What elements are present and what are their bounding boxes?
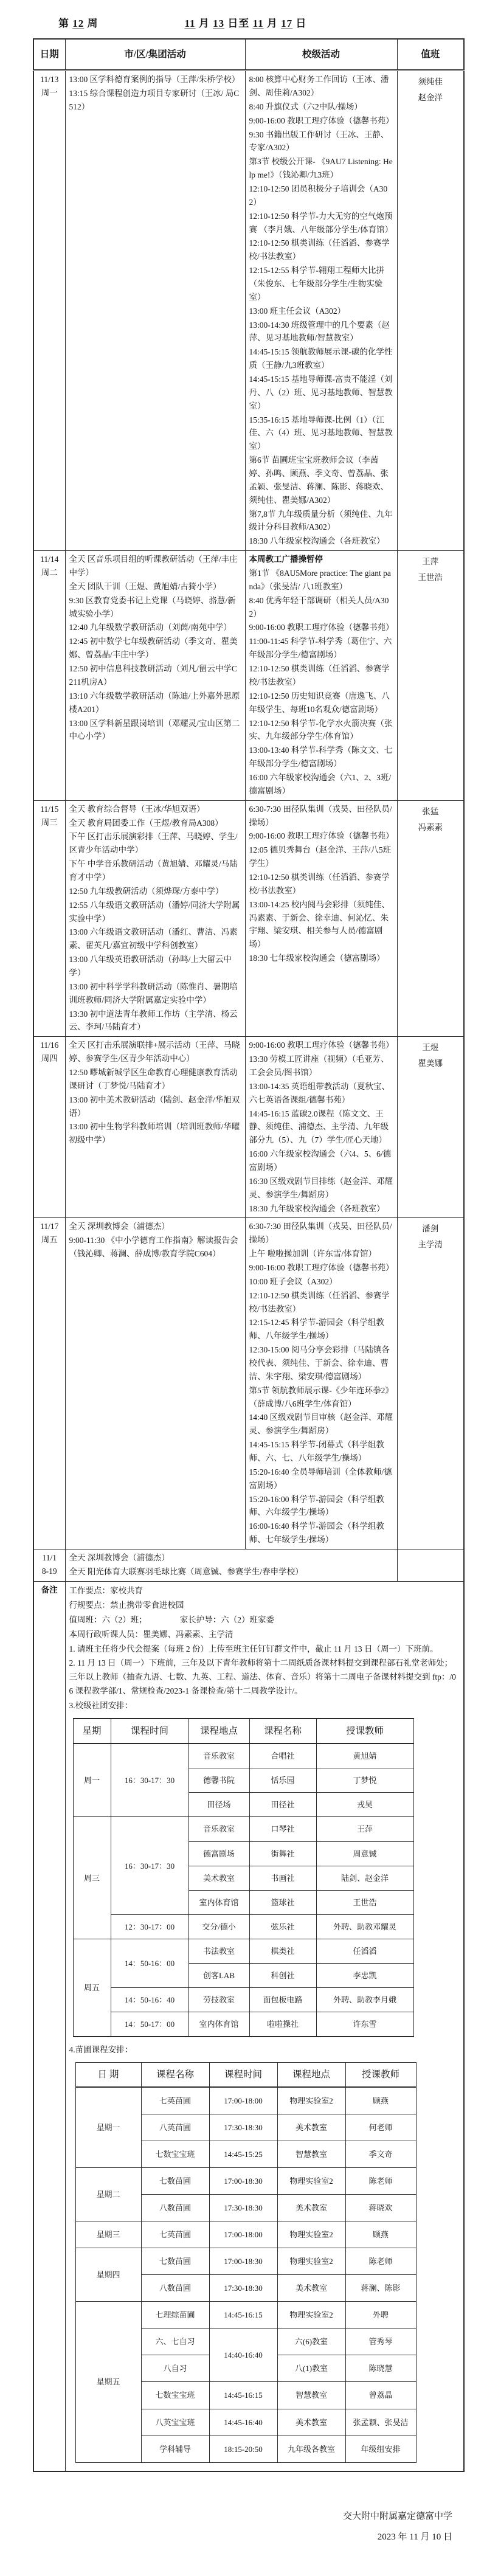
- activity-line: 12:10-12:50 科学节-力大无穷的空气炮预赛 （李月娥、八年级部分学生/…: [249, 210, 393, 237]
- activity-line: 12:05 德贝秀舞台（赵金洋、王萍/八5班学生）: [249, 843, 393, 870]
- activity-line: 13:10 六年级数学教研活动（陈迪/上外嘉外思原楼A201）: [69, 690, 241, 716]
- date-value: 11/13: [38, 73, 61, 86]
- text-part: 月: [196, 18, 213, 29]
- miaopu-time-cell: 17:00-18:00: [209, 2087, 277, 2114]
- club-name-cell: 科创社: [249, 1963, 316, 1987]
- miaopu-teacher-cell: 陈老师: [345, 2168, 416, 2195]
- activity-line: 全天 阳光体育大联赛羽毛球比赛（周意铖、参赛学生/春申学校）: [69, 1565, 393, 1579]
- activity-line: 第6节 苗圃班宝宝班教师会议（李茜婷、孙鸣、顾燕、季文奇、曾荔晶、张孟颖、张旻洁…: [249, 454, 393, 507]
- notes-cell: 工作要点：家校共育行规要点：禁止携带零食进校园值周班：六（2）班； 家长护导：六…: [65, 1581, 464, 2471]
- miaopu-time-cell: 17:30-18:30: [209, 2114, 277, 2141]
- merged-activities-cell: 全天 深圳教博会（浦德杰）全天 阳光体育大联赛羽毛球比赛（周意铖、参赛学生/春申…: [65, 1549, 397, 1582]
- activity-line: 12:10-12:50 棋类训练（任滔滔、参赛学校/书法教室）: [249, 871, 393, 898]
- activity-line: 13:00 八年级英语教研活动（孙鸣/上大留云中学）: [69, 953, 241, 980]
- duty-name: 冯素素: [401, 821, 460, 834]
- club-name-cell: 田径社: [249, 1793, 316, 1817]
- activity-line: 9:00-11:30 《中小学德育工作指南》解读报告会（钱沁卿、蒋澜、薛成博/教…: [69, 1234, 241, 1261]
- school-activities-cell: 9:00-16:00 教职工理疗体验（德馨书苑）13:30 劳模工匠讲座（视频）…: [245, 1037, 397, 1218]
- duty-name: 王萍: [401, 555, 460, 569]
- activity-line: 下午 区打击乐展演彩排（王萍、马晓婷、学生/区青少年活动中学）: [69, 830, 241, 857]
- club-row: 周三16：30-17：30音乐教室口琴社王萍: [73, 1817, 413, 1841]
- miaopu-row: 星期一七英苗圃17:00-18:00物理实验室2顾燕: [75, 2087, 416, 2114]
- miaopu-place-cell: 八(1)教室: [277, 2355, 345, 2382]
- activity-line: 14:45-15:15 基地导师课-富贵不能淫（刘丹、八（2）班、见习基地教师、…: [249, 373, 393, 413]
- activity-line: 14:45-16:15 蓝碳2.0课程（陈文文、王静、须纯佳、浦德杰、主学清、九…: [249, 1107, 393, 1148]
- schedule-row: 11/13周一13:00 区学科德育案例的指导（王萍/朱桥学校）13:15 综合…: [33, 71, 464, 551]
- miaopu-teacher-cell: 管秀琴: [345, 2328, 416, 2355]
- miaopu-table: 日 期 课程名称 课程时间 课程地点 授课教师 星期一七英苗圃17:00-18:…: [75, 2062, 417, 2463]
- activity-line: 12:40 九年级数学教研活动（刘茵/南苑中学）: [69, 621, 241, 634]
- activity-line: 13:00 班主任会议（A302）: [249, 305, 393, 318]
- miaopu-name-cell: 八数苗圃: [141, 2275, 209, 2302]
- club-teacher-cell: 王世浩: [316, 1890, 413, 1914]
- miaopu-teacher-cell: 何老师: [345, 2114, 416, 2141]
- text-part: 周: [84, 18, 98, 29]
- date-cell: 11/13周一: [33, 71, 65, 551]
- clubs-col-place: 课程地点: [188, 1719, 249, 1743]
- activity-line: 全天 深圳教博会（浦德杰）: [69, 1220, 241, 1233]
- club-name-cell: 合唱社: [249, 1743, 316, 1768]
- miaopu-place-cell: 美术教室: [277, 2409, 345, 2436]
- clubs-col-time: 课程时间: [111, 1719, 188, 1743]
- club-time-cell: 12：30-17：00: [111, 1914, 188, 1939]
- duty-name: 主学清: [401, 1238, 460, 1252]
- activity-line: 9:00-16:00 教职工理疗体验（德馨书苑）: [249, 114, 393, 128]
- miaopu-col-name: 课程名称: [141, 2062, 209, 2087]
- club-place-cell: 美术教室: [188, 1866, 249, 1890]
- club-row: 12：30-17：00交分/德小弦乐社外聘、助教邓耀灵: [73, 1914, 413, 1939]
- club-row: 周一16：30-17：30音乐教室合唱社黄旭婧: [73, 1743, 413, 1768]
- miaopu-time-cell: 14:45-16:40: [209, 2409, 277, 2436]
- weekday-value: 周五: [38, 1233, 61, 1247]
- table-header: 日期 市/区/集团活动 校级活动 值班: [33, 39, 464, 71]
- text-part: 第: [58, 18, 72, 29]
- miaopu-teacher-cell: 陈晓慧: [345, 2355, 416, 2382]
- miaopu-teacher-cell: 曾荔晶: [345, 2382, 416, 2409]
- miaopu-teacher-cell: 顾燕: [345, 2087, 416, 2114]
- club-name-cell: 街舞社: [249, 1841, 316, 1866]
- notes-row: 备注 工作要点：家校共育行规要点：禁止携带零食进校园值周班：六（2）班； 家长护…: [33, 1581, 464, 2471]
- club-teacher-cell: 许东雪: [316, 2012, 413, 2037]
- date-cell: 11/17周五: [33, 1218, 65, 1549]
- club-name-cell: 篮球社: [249, 1890, 316, 1914]
- activity-line: 13:15 综合课程创造力项目专家研讨（王冰/ 局C512）: [69, 87, 241, 114]
- date-value: 11/16: [38, 1039, 61, 1052]
- miaopu-col-time: 课程时间: [209, 2062, 277, 2087]
- miaopu-name-cell: 七英苗圃: [141, 2087, 209, 2114]
- duty-cell: 王煜瞿美娜: [397, 1037, 464, 1218]
- note-line: 本周行政听课人员：瞿美娜、冯素素、主学清: [69, 1628, 460, 1642]
- col-header-district: 市/区/集团活动: [65, 39, 245, 71]
- activity-line: 第3节 校级公开课- 《9AU7 Listening: Help me!》（钱沁…: [249, 155, 393, 182]
- activity-line: 上午 啦啦操加训（许东雪/体育馆）: [249, 1247, 393, 1261]
- duty-cell: 张猛冯素素: [397, 800, 464, 1037]
- club-day-cell: 周一: [73, 1743, 111, 1817]
- activity-line: 13:00-14:35 英语组带教活动（夏秋宝、六七英语备课组/德馨书苑）: [249, 1080, 393, 1107]
- district-activities-cell: 13:00 区学科德育案例的指导（王萍/朱桥学校）13:15 综合课程创造力项目…: [65, 71, 245, 551]
- club-place-cell: 德富剧场: [188, 1841, 249, 1866]
- activity-line: 16:30 区级戏剧节目排练（赵金洋、邓耀灵、参演学生/舞蹈房）: [249, 1175, 393, 1202]
- date-range: 11 月 13 日至 11 月 17 日: [185, 15, 307, 30]
- activity-line: 13:00 六年级语文教研活动（潘红、曹洁、冯素素、翟英凡/嘉宜初级中学科创教室…: [69, 926, 241, 952]
- activity-line: 全天 教育局团委工作（王煜/教育局A308）: [69, 817, 241, 830]
- school-activities-cell: 6:30-7:30 田径队集训（戎昊、田径队员/操场）9:00-16:00 教职…: [245, 800, 397, 1037]
- miaopu-time-cell: 14:45-16:15: [209, 2382, 277, 2409]
- club-place-cell: 书法教室: [188, 1939, 249, 1963]
- club-place-cell: 音乐教室: [188, 1817, 249, 1841]
- miaopu-day-cell: 星期二: [75, 2168, 141, 2221]
- miaopu-row: 星期五七理综苗圃14:45-16:15物理实验室2外聘: [75, 2302, 416, 2328]
- miaopu-teacher-cell: 年级组安排: [345, 2436, 416, 2462]
- activity-line: 14:40 区级戏剧节目审核（赵金洋、邓耀灵、参演学生/舞蹈房）: [249, 1411, 393, 1438]
- activity-line: 8:40 升旗仪式（六2中队/操场）: [249, 100, 393, 114]
- miaopu-place-cell: 物理实验室2: [277, 2221, 345, 2248]
- activity-line: 12:45 初中数学七年级教研活动（季文奇、瞿美娜、曾荔晶/丰庄中学）: [69, 635, 241, 662]
- activity-line: 12:15-12:45 科学节-游园会（科学组教师、八年级学生/操场）: [249, 1316, 393, 1343]
- district-activities-cell: 全天 教育综合督导（王冰/华旭双语）全天 教育局团委工作（王煜/教育局A308）…: [65, 800, 245, 1037]
- activity-line: 12:50 九年级教研活动（须烨琛/方泰中学）: [69, 885, 241, 898]
- district-activities-cell: 全天 深圳教博会（浦德杰）9:00-11:30 《中小学德育工作指南》解读报告会…: [65, 1218, 245, 1549]
- underlined-number: 12: [72, 18, 84, 29]
- activity-line: 13:00-13:40 科学节-科学秀（陈文文、七年级部分学生/德富剧场）: [249, 744, 393, 770]
- activity-line: 16:00 六年级家校沟通会（六1、2、3班/德富剧场）: [249, 771, 393, 798]
- school-activities-cell: 6:30-7:30 田径队集训（戎昊、田径队员/操场）上午 啦啦操加训（许东雪/…: [245, 1218, 397, 1549]
- club-time-cell: 16：30-17：30: [111, 1817, 188, 1914]
- activity-line: 6:30-7:30 田径队集训（戎昊、田径队员/操场）: [249, 803, 393, 829]
- club-teacher-cell: 外聘、助教李月娥: [316, 1987, 413, 2012]
- note-line: 3.校级社团安排：: [69, 1699, 460, 1713]
- activity-line: 16:00 六年级家校沟通会（六4、5、6/德富剧场）: [249, 1148, 393, 1174]
- clubs-table: 星期 课程时间 课程地点 课程名称 授课教师 周一16：30-17：30音乐教室…: [73, 1718, 414, 2037]
- schedule-row: 11/18-19全天 深圳教博会（浦德杰）全天 阳光体育大联赛羽毛球比赛（周意铖…: [33, 1549, 464, 1582]
- miaopu-name-cell: 七英苗圃: [141, 2221, 209, 2248]
- miaopu-name-cell: 八英宝宝班: [141, 2409, 209, 2436]
- activity-line: 8:40 优秀年轻干部调研（相关人员/A302）: [249, 594, 393, 621]
- club-name-cell: 恬乐园: [249, 1768, 316, 1793]
- club-day-cell: 周三: [73, 1817, 111, 1939]
- miaopu-day-cell: 星期一: [75, 2087, 141, 2168]
- page-header: 第 12 周 11 月 13 日至 11 月 17 日: [33, 15, 463, 30]
- club-teacher-cell: 丁梦悦: [316, 1768, 413, 1793]
- miaopu-label: 4.苗圃课程安排：: [69, 2043, 460, 2057]
- schedule-row: 11/15周三全天 教育综合督导（王冰/华旭双语）全天 教育局团委工作（王煜/教…: [33, 800, 464, 1037]
- duty-cell: 须纯佳赵金洋: [397, 71, 464, 551]
- miaopu-name-cell: 七数苗圃: [141, 2248, 209, 2275]
- activity-line: 全天 区打击乐展演联排+展示活动（王萍、马晓婷、参赛学生/区青少年活动中心）: [69, 1039, 241, 1065]
- activity-line: 13:00-14:25 校内阅马会彩排（须纯佳、冯素素、于新会、徐幸迪、何沁忆、…: [249, 898, 393, 951]
- activity-line: 18:30 七年级家校沟通会（德富剧场）: [249, 952, 393, 965]
- miaopu-row: 星期三七英苗圃17:00-18:00物理实验室2顾燕: [75, 2221, 416, 2248]
- miaopu-teacher-cell: 蒋澜、陈影: [345, 2275, 416, 2302]
- issue-date: 2023 年 11 月 10 日: [33, 2527, 452, 2548]
- club-name-cell: 书画社: [249, 1866, 316, 1890]
- miaopu-row: 星期四七数苗圃17:00-18:30物理实验室2陈老师: [75, 2248, 416, 2275]
- miaopu-col-teacher: 授课教师: [345, 2062, 416, 2087]
- miaopu-day-cell: 星期五: [75, 2302, 141, 2462]
- activity-line: 9:30 区教育党委书记上党课（马晓婷、骆慧/新城实验小学）: [69, 594, 241, 621]
- weekday-value: 周四: [38, 1052, 61, 1065]
- activity-line: 全天 教育综合督导（王冰/华旭双语）: [69, 803, 241, 816]
- activity-line: 8:00 核算中心财务工作回访（王冰、潘剑、周佳莉/A302）: [249, 73, 393, 100]
- club-teacher-cell: 黄旭婧: [316, 1743, 413, 1768]
- miaopu-time-cell: 17:30-18:30: [209, 2195, 277, 2221]
- activity-line: 18:30 八年级家校沟通会（各班教室）: [249, 535, 393, 548]
- miaopu-time-cell: 17:00-18:00: [209, 2221, 277, 2248]
- club-name-cell: 面包板电路: [249, 1987, 316, 2012]
- date-value: 11/1: [38, 1551, 61, 1565]
- miaopu-place-cell: 物理实验室2: [277, 2087, 345, 2114]
- activity-line: 第5节 领航教师展示课-《少年连环拳2》（薛成博/八6班学生/体育馆）: [249, 1384, 393, 1411]
- note-line: 行规要点：禁止携带零食进校园: [69, 1599, 460, 1613]
- activity-line: 13:30 劳模工匠讲座（视频）（毛亚芳、工会会员/图书馆）: [249, 1053, 393, 1079]
- club-place-cell: 室内体育馆: [188, 2012, 249, 2037]
- date-cell: 11/16周四: [33, 1037, 65, 1218]
- activity-line: 16:00-16:40 科学节-游园会（科学组教师、七年级学生/操场）: [249, 1520, 393, 1546]
- activity-line: 14:45-15:15 领航教师展示课-碳的化学性质（王静/九3班教室）: [249, 345, 393, 372]
- text-part: 日至: [224, 18, 253, 29]
- notes-lines: 工作要点：家校共育行规要点：禁止携带零食进校园值周班：六（2）班； 家长护导：六…: [69, 1584, 460, 1713]
- week-title: 第 12 周: [58, 15, 99, 30]
- activity-line: 全天 团队干训（王煜、黄旭婧/古猗小学）: [69, 580, 241, 594]
- club-place-cell: 室内体育馆: [188, 1890, 249, 1914]
- underlined-number: 11: [185, 18, 196, 29]
- activity-line: 15:20-16:00 科学节-游园会（科学组教师、六年级学生/操场）: [249, 1493, 393, 1520]
- club-teacher-cell: 陆剑、赵金洋: [316, 1866, 413, 1890]
- activity-line: 18:30 九年级家校沟通会（各班教室）: [249, 1202, 393, 1216]
- activity-line: 9:00-16:00 教职工理疗体验（德馨书苑）: [249, 1039, 393, 1052]
- activity-line: 9:00-16:00 教职工理疗体验（德馨书苑）: [249, 1261, 393, 1275]
- page-footer: 交大附中附属嘉定德富中学 2023 年 11 月 10 日: [33, 2506, 463, 2548]
- miaopu-row: 星期二七数苗圃17:00-18:30物理实验室2陈老师: [75, 2168, 416, 2195]
- club-name-cell: 口琴社: [249, 1817, 316, 1841]
- miaopu-place-cell: 智慧教室: [277, 2141, 345, 2168]
- schedule-row: 11/14周二全天 区音乐项目组的听课教研活动（王萍/丰庄中学）全天 团队干训（…: [33, 551, 464, 800]
- miaopu-place-cell: 美术教室: [277, 2275, 345, 2302]
- school-activities-cell: 本周教工广播操暂停第1节 《8AU5More practice: The gia…: [245, 551, 397, 800]
- club-place-cell: 劳技教室: [188, 1987, 249, 2012]
- activity-line: 12:30-15:00 阅马分享会彩排（马陆镇各校代表、须纯佳、于新会、徐幸迪、…: [249, 1343, 393, 1383]
- clubs-col-name: 课程名称: [249, 1719, 316, 1743]
- clubs-col-teacher: 授课教师: [316, 1719, 413, 1743]
- club-teacher-cell: 王萍: [316, 1817, 413, 1841]
- activity-line: 15:35-16:15 基地导师课-比例（1）（江佳、六（4）班、见习基地教师、…: [249, 414, 393, 454]
- activity-line: 全天 深圳教博会（浦德杰）: [69, 1551, 393, 1565]
- miaopu-name-cell: 学科辅导: [141, 2436, 209, 2462]
- miaopu-time-cell: 14:40-16:40: [209, 2328, 277, 2382]
- text-part: 日: [292, 18, 306, 29]
- club-teacher-cell: 任滔滔: [316, 1939, 413, 1963]
- club-place-cell: 田径场: [188, 1793, 249, 1817]
- activity-line: 12:10-12:50 棋类训练（任滔滔、参赛学校/书法教室）: [249, 1289, 393, 1316]
- date-cell: 11/15周三: [33, 800, 65, 1037]
- activity-line: 12:10-12:50 科学节-化学水火箭决赛（张实、九年级部分学生/体育馆）: [249, 717, 393, 744]
- activity-line: 10:00 班子会议（A302）: [249, 1275, 393, 1289]
- col-header-date: 日期: [33, 39, 65, 71]
- club-day-cell: 周五: [73, 1939, 111, 2037]
- weekday-value: 周三: [38, 816, 61, 829]
- duty-name: 赵金洋: [401, 91, 460, 105]
- date-value: 11/14: [38, 553, 61, 566]
- activity-line: 13:00 区学科新星跟岗培训（邓耀灵/宝山区第二中心小学）: [69, 717, 241, 744]
- miaopu-place-cell: 物理实验室2: [277, 2302, 345, 2328]
- activity-line-bold: 本周教工广播操暂停: [249, 555, 323, 564]
- club-place-cell: 创客LAB: [188, 1963, 249, 1987]
- activity-line: 13:00-14:30 班级管理中的几个要素（赵萍、见习基地教师/智慧教室）: [249, 319, 393, 345]
- club-row: 14：50-16：40劳技教室面包板电路外聘、助教李月娥: [73, 1987, 413, 2012]
- miaopu-time-cell: 14:45-15:25: [209, 2141, 277, 2168]
- schedule-row: 11/17周五全天 深圳教博会（浦德杰）9:00-11:30 《中小学德育工作指…: [33, 1218, 464, 1549]
- school-name: 交大附中附属嘉定德富中学: [33, 2506, 452, 2527]
- miaopu-teacher-cell: 外聘: [345, 2302, 416, 2328]
- text-part: 月: [264, 18, 282, 29]
- club-row: 周五14：50-16：00书法教室棋类社任滔滔: [73, 1939, 413, 1963]
- miaopu-place-cell: 九年级各教室: [277, 2436, 345, 2462]
- activity-line: 下午 中学音乐教研活动（黄旭婧、邓耀灵/马陆育才中学）: [69, 857, 241, 884]
- miaopu-place-cell: 美术教室: [277, 2114, 345, 2141]
- date-value: 11/17: [38, 1220, 61, 1233]
- club-time-cell: 14：50-16：40: [111, 1987, 188, 2012]
- miaopu-name-cell: 六、七自习: [141, 2328, 209, 2355]
- miaopu-teacher-cell: 陈老师: [345, 2248, 416, 2275]
- duty-cell: [397, 1549, 464, 1582]
- miaopu-name-cell: 七数宝宝班: [141, 2382, 209, 2409]
- activity-line: 13:00 初中科学学科教研活动（陈惟肖、暑期培训班教师/同济大学附属嘉定实验中…: [69, 980, 241, 1007]
- activity-line: 12:10-12:50 棋类训练（任滔滔、参赛学校/书法教室）: [249, 237, 393, 263]
- activity-line: 13:00 初中生物学科教师培训（培训班教师/华曜初级中学）: [69, 1120, 241, 1147]
- club-teacher-cell: 周意铖: [316, 1841, 413, 1866]
- duty-name: 张猛: [401, 805, 460, 819]
- activity-line: 9:00-16:00 教职工理疗体验（德馨书苑）: [249, 621, 393, 634]
- col-header-duty: 值班: [397, 39, 464, 71]
- note-line: 2. 11 月 13 日（周一）下班前，三年及以下青年教师将第十二周纸质备课材料…: [69, 1657, 460, 1698]
- activity-line: 第7,8节 九年级质量分析（须纯佳、九年级计分科目教师/A302）: [249, 508, 393, 535]
- underlined-number: 17: [281, 18, 292, 29]
- duty-cell: 潘剑主学清: [397, 1218, 464, 1549]
- activity-line: 9:00-16:00 教职工理疗体验（德馨书苑）: [249, 829, 393, 843]
- activity-line: 12:55 八年级语文教研活动（潘婷/同济大学附属实验中学）: [69, 899, 241, 926]
- district-activities-cell: 全天 区打击乐展演联排+展示活动（王萍、马晓婷、参赛学生/区青少年活动中心）12…: [65, 1037, 245, 1218]
- duty-cell: 王萍王世浩: [397, 551, 464, 800]
- activity-line: 本周教工广播操暂停: [249, 553, 393, 566]
- miaopu-day-cell: 星期三: [75, 2221, 141, 2248]
- club-teacher-cell: 戎昊: [316, 1793, 413, 1817]
- activity-line: 13:00 区学科德育案例的指导（王萍/朱桥学校）: [69, 73, 241, 86]
- miaopu-time-cell: 17:30-18:30: [209, 2275, 277, 2302]
- duty-name: 王煜: [401, 1041, 460, 1054]
- schedule-body: 11/13周一13:00 区学科德育案例的指导（王萍/朱桥学校）13:15 综合…: [33, 71, 464, 2471]
- miaopu-time-cell: 17:00-18:30: [209, 2168, 277, 2195]
- miaopu-teacher-cell: 张孟颖、张旻洁: [345, 2409, 416, 2436]
- miaopu-place-cell: 物理实验室2: [277, 2248, 345, 2275]
- club-name-cell: 啦啦操社: [249, 2012, 316, 2037]
- schedule-page: 第 12 周 11 月 13 日至 11 月 17 日 日期 市/区/集团活动 …: [0, 0, 484, 2576]
- miaopu-col-date: 日 期: [75, 2062, 141, 2087]
- duty-name: 王世浩: [401, 571, 460, 584]
- club-time-cell: 14：50-17：00: [111, 2012, 188, 2037]
- weekday-value: 周一: [38, 86, 61, 100]
- clubs-col-day: 星期: [73, 1719, 111, 1743]
- weekly-schedule-table: 日期 市/区/集团活动 校级活动 值班 11/13周一13:00 区学科德育案例…: [33, 38, 465, 2472]
- school-activities-cell: 8:00 核算中心财务工作回访（王冰、潘剑、周佳莉/A302）8:40 升旗仪式…: [245, 71, 397, 551]
- miaopu-place-cell: 物理实验室2: [277, 2168, 345, 2195]
- date-cell: 11/18-19: [33, 1549, 65, 1582]
- activity-line: 12:50 疁城新城学区生命教育心理健康教育活动课研讨（丁梦悦/马陆育才）: [69, 1066, 241, 1093]
- date-cell: 11/14周二: [33, 551, 65, 800]
- miaopu-name-cell: 七理综苗圃: [141, 2302, 209, 2328]
- activity-line: 13:00 初中美术教研活动（陆剑、赵金洋/华旭双语）: [69, 1093, 241, 1120]
- date-value: 11/15: [38, 803, 61, 816]
- club-row: 14：50-17：00室内体育馆啦啦操社许东雪: [73, 2012, 413, 2037]
- activity-line: 11:00-11:45 科学节-科学秀（葛佳宁、六年级部分学生/德富剧场）: [249, 635, 393, 662]
- miaopu-name-cell: 八自习: [141, 2355, 209, 2382]
- activity-line: 12:10-12:50 棋类训练（任滔滔、参赛学校/书法教室）: [249, 662, 393, 689]
- duty-name: 潘剑: [401, 1222, 460, 1236]
- miaopu-name-cell: 八英苗圃: [141, 2114, 209, 2141]
- notes-label: 备注: [33, 1581, 65, 2471]
- miaopu-name-cell: 七数宝宝班: [141, 2141, 209, 2168]
- miaopu-time-cell: 18:15-20:50: [209, 2436, 277, 2462]
- club-teacher-cell: 外聘、助教邓耀灵: [316, 1914, 413, 1939]
- activity-line: 全天 区音乐项目组的听课教研活动（王萍/丰庄中学）: [69, 553, 241, 580]
- weekday-value: 周二: [38, 566, 61, 580]
- club-place-cell: 德馨书院: [188, 1768, 249, 1793]
- club-time-cell: 16：30-17：30: [111, 1743, 188, 1817]
- miaopu-name-cell: 七数苗圃: [141, 2168, 209, 2195]
- activity-line: 12:10-12:50 历史知识竞赛（唐逸飞、八年级学生、每班10名观众/德富剧…: [249, 690, 393, 716]
- club-name-cell: 棋类社: [249, 1939, 316, 1963]
- miaopu-place-cell: 智慧教室: [277, 2382, 345, 2409]
- activity-line: 13:30 初中道法青年教师工作坊（主学清、杨云云、李珂/马陆育才）: [69, 1008, 241, 1034]
- activity-line: 9:30 书籍出版工作研讨（王冰、王静、专家/A302）: [249, 128, 393, 155]
- duty-name: 须纯佳: [401, 75, 460, 89]
- miaopu-time-cell: 17:00-18:30: [209, 2248, 277, 2275]
- club-teacher-cell: 李忠凯: [316, 1963, 413, 1987]
- duty-name: 瞿美娜: [401, 1057, 460, 1070]
- schedule-row: 11/16周四全天 区打击乐展演联排+展示活动（王萍、马晓婷、参赛学生/区青少年…: [33, 1037, 464, 1218]
- miaopu-teacher-cell: 蒋晓欢: [345, 2195, 416, 2221]
- club-place-cell: 交分/德小: [188, 1914, 249, 1939]
- miaopu-time-cell: 14:45-16:15: [209, 2302, 277, 2328]
- activity-line: 14:45-15:15 科学节-闭幕式（科学组教师、六、七、八年级学生/操场）: [249, 1438, 393, 1465]
- miaopu-col-place: 课程地点: [277, 2062, 345, 2087]
- miaopu-place-cell: 六(6)教室: [277, 2328, 345, 2355]
- activity-line: 15:20-16:40 全员导师培训（全体教师/德富剧场）: [249, 1466, 393, 1492]
- note-line: 值周班：六（2）班； 家长护导：六（2）班家委: [69, 1613, 460, 1627]
- club-time-cell: 14：50-16：00: [111, 1939, 188, 1987]
- miaopu-day-cell: 星期四: [75, 2248, 141, 2302]
- activity-line: 12:50 初中信息科技教研活动（刘凡/留云中学C211机房A）: [69, 662, 241, 689]
- col-header-school: 校级活动: [245, 39, 397, 71]
- note-line: 工作要点：家校共育: [69, 1584, 460, 1598]
- club-place-cell: 音乐教室: [188, 1743, 249, 1768]
- activity-line: 12:10-12:50 团员积极分子培训会（A302）: [249, 182, 393, 209]
- activity-line: 12:15-12:55 科学节-翱翔工程师大比拼（朱俊东、七年级部分学生/生物实…: [249, 264, 393, 304]
- note-line: 1. 请班主任将少代会提案（每班 2 份）上传至班主任钉钉群文件中，截止 11 …: [69, 1643, 460, 1657]
- miaopu-name-cell: 八数苗圃: [141, 2195, 209, 2221]
- miaopu-teacher-cell: 顾燕: [345, 2221, 416, 2248]
- activity-line: 6:30-7:30 田径队集训（戎昊、田径队员/操场）: [249, 1220, 393, 1247]
- miaopu-place-cell: 美术教室: [277, 2195, 345, 2221]
- underlined-number: 11: [253, 18, 264, 29]
- activity-line: 第1节 《8AU5More practice: The giant panda》…: [249, 567, 393, 594]
- underlined-number: 13: [213, 18, 224, 29]
- district-activities-cell: 全天 区音乐项目组的听课教研活动（王萍/丰庄中学）全天 团队干训（王煜、黄旭婧/…: [65, 551, 245, 800]
- weekday-value: 8-19: [38, 1565, 61, 1578]
- club-name-cell: 弦乐社: [249, 1914, 316, 1939]
- miaopu-teacher-cell: 季文奇: [345, 2141, 416, 2168]
